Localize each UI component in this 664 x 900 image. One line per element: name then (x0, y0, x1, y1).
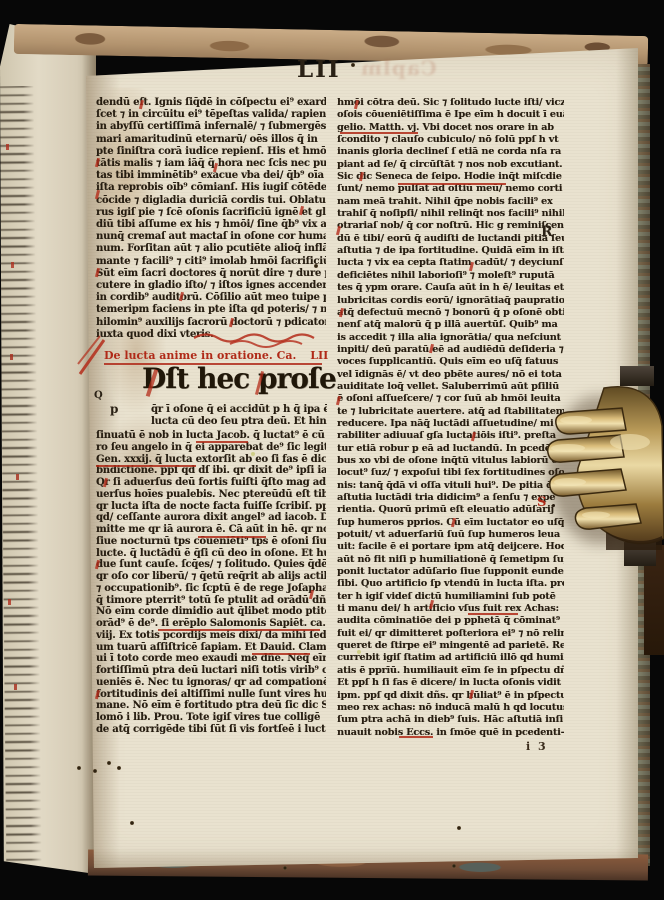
red-underline (468, 613, 518, 615)
red-underline (340, 132, 418, 134)
right-margin-letter-r: R (541, 224, 553, 240)
red-underline (158, 629, 320, 631)
left-column-paragraph-1: dendū eſt. Ignis ſiq̄dē in cōſpectu ei⁹ … (96, 97, 326, 341)
text-line: inanis gloria declineſ ſ etiā ne corda n… (337, 146, 564, 158)
text-line: uit: facile ē ei portare ipm atq̄ deijce… (337, 541, 564, 553)
text-line: qr lucta iſta de nocte facta fuiſſe ſcri… (96, 501, 326, 513)
text-line: fortiſſimū ptra deū luctari niſi totis v… (96, 665, 326, 677)
text-line: q̄r ī oſone q̄ ei accidūt p h q̄ ipa ē (151, 404, 327, 416)
text-line: rabiliter adiuuaſ gſa luctatiōis iſti⁹. … (337, 430, 564, 442)
text-line: Gen. xxxij. q̄ lucta extorſit ab eo ſi f… (96, 454, 326, 466)
text-line: qd/ ceſſante aurora dixit angel⁹ ad iaco… (96, 512, 326, 524)
text-line: Nō eīm corde dimidio aut q̄libet modo pt… (96, 606, 326, 618)
text-line: is accedit ⁊ illa alia ignorātia/ qua ne… (337, 332, 564, 344)
wormhole (314, 264, 318, 268)
text-line: tātis malis ⁊ iam iāq̄ q̄ hora nec ſcis … (96, 158, 326, 170)
text-line: mante ⁊ facili⁹ ⁊ citi⁹ imolab hmōi ſacr… (96, 256, 326, 268)
wormhole (283, 866, 287, 870)
facing-page-rubrication (6, 144, 9, 150)
text-line: diū tibi aſſume ex his ⁊ hmōi/ ſine q̄b⁹… (96, 219, 326, 231)
text-line: due ſunt cauſe. ſcq̄es/ ⁊ ſolitudo. Quie… (96, 559, 326, 571)
text-line: nam meā trahit. Nihil q̄pe nobis facili⁹… (337, 196, 564, 208)
red-underline (198, 536, 266, 538)
facing-page (0, 24, 96, 874)
text-line: ſup humeros pprios. Cū eīm luctator eo u… (337, 517, 564, 529)
text-line: queret de ſtirpe ei⁹ mingentē ad parietē… (337, 640, 564, 652)
wormhole (117, 766, 121, 770)
text-line: piant ad ſe/ q̄ circūſtāt ⁊ nos nob excu… (337, 159, 564, 171)
right-margin-letter-s: S (537, 495, 546, 510)
text-line: mitte me qr iā aurora ē. Cā aūt in hē. q… (96, 524, 326, 536)
text-line: aūt nō fit niſi p humiliationē q̄ ſemeti… (337, 554, 564, 566)
text-line: atis ē pprīū. humiliauit eīm ſe in pſpec… (337, 665, 564, 677)
text-line: Sūt eīm ſacri doctores q̄ norūt dire ⁊ d… (96, 268, 326, 280)
text-line: audita cōminatiōe dei p pphetā q̄ cōmina… (337, 615, 564, 627)
text-line: atq̄ defectuū mecnō ⁊ bonorū q̄ p oſonē … (337, 307, 564, 319)
text-line: mari amaritudinū eternarū/ oēs illos q̄ … (96, 134, 326, 146)
text-line: nuauit nobis Eccs. in ſmōe quē in pceden… (337, 727, 564, 739)
folio-number-bottom: i 3 (526, 740, 548, 753)
text-line: vel īdignās ē/ vt deo pbēte aures/ nō ei… (337, 369, 564, 381)
text-line: Et ppſ h ſi fas ē dicere/ in lucta oſoni… (337, 677, 564, 689)
text-line: ui ī toto corde meo exaudi me dñe. Neq̄ … (96, 653, 326, 665)
text-line: bus xo vbi de oſone inq̄tū vitulus labio… (337, 455, 564, 467)
text-line: potuit/ vt aduerſariū ſuū ſup humeros le… (337, 529, 564, 541)
text-line: fortitudinis dei altiſſimi nulle ſunt vi… (96, 689, 326, 701)
text-line: rientia. Quorū primū eſt eleuatio adūſar… (337, 504, 564, 516)
book-photograph: LII Caplm dendū eſt. Ignis ſiq̄dē in cōſ… (0, 0, 664, 900)
red-line-filler-flourish (190, 330, 326, 348)
left-column-paragraph-2: ſinuatū ē nob in lucta Jacob. q̄ luctat⁹… (96, 430, 326, 736)
text-line: pte ſiniſtra corā iudice repienſ. His et… (96, 146, 326, 158)
text-line: ſunt/ nemo pulſat ad oſtiū meū/ nemo cor… (337, 183, 564, 195)
text-line: ti manu dei/ h artificio vſus fuit rex A… (337, 603, 564, 615)
left-column-indent-lines: q̄r ī oſone q̄ ei accidūt p h q̄ ipa ēlu… (151, 404, 327, 428)
red-underline (96, 465, 196, 467)
text-line: lucta ⁊ vix ea cepta ſtatim cadūt/ ⁊ dey… (337, 257, 564, 269)
text-line: in abyſſū certiſſimā infernalē/ ⁊ ſubmer… (96, 121, 326, 133)
text-line: qr oſo cor liberū/ ⁊ q̄etū req̄rit ab al… (96, 571, 326, 583)
text-line: deficiētes nihil laborioſi⁹ ⁊ moleſt⁹ ru… (337, 270, 564, 282)
text-line: dendū eſt. Ignis ſiq̄dē in cōſpectu ei⁹ … (96, 97, 326, 109)
text-line: ponit luctator adūſario ſiue ſupponit eu… (337, 566, 564, 578)
text-line: cōcide ⁊ digladia duriciā cordis tui. Ob… (96, 195, 326, 207)
text-line: lucte. q̄ luctādū ē q̄ſi cū deo in oſone… (96, 548, 326, 560)
text-line: Qr ſi aduerſus deū fortis fuiſti q̄ſto m… (96, 477, 326, 489)
wormhole (93, 769, 97, 773)
ink-spot (351, 63, 355, 67)
wormhole (130, 821, 134, 825)
text-line: reducere. Ipa nāq̄ luctādi aſſuetudine/ … (337, 418, 564, 430)
margin-mark-q: Q (94, 390, 103, 401)
text-line: q̄ timore pterrit⁹ totū ſe ptulit ad orā… (96, 595, 326, 607)
text-line: aſtutia ⁊ de ipa fortitudine. Quidā eīm … (337, 245, 564, 257)
text-line: nunq̄ cremaſ aut mactaſ in oſone cor hum… (96, 231, 326, 243)
wormhole (457, 826, 461, 830)
wormhole (107, 761, 111, 765)
text-line: voces ſupplicantiū. Quis eīm eo uſq̄ fat… (337, 356, 564, 368)
text-line: ſcondito ⁊ clauſo cubiculo/ nō ſolū ppſ … (337, 134, 564, 146)
brass-hand-clasp (546, 382, 664, 552)
rubric-title: De lucta anime in oratione. Ca. (104, 349, 296, 362)
red-underline (252, 653, 310, 655)
rubric-chapter-number: LII (310, 349, 328, 362)
text-line: lomō i lib. Prou. Tote igiſ vires tue co… (96, 712, 326, 724)
text-line: ⁊ occupationib⁹. ſic ſcptū ē de rege Joſ… (96, 583, 326, 595)
show-through-ghost-text: Caplm (360, 56, 437, 80)
text-line: ſcet ⁊ in circūitu ei⁹ tēpeſtas valida/ … (96, 109, 326, 121)
text-line: oſois cōueniētiſſima ē Ipe eīm h docuit … (337, 109, 564, 121)
text-line: tur etiā robur p eā ad luctandū. In pced… (337, 443, 564, 455)
red-margin-flourish (76, 334, 110, 378)
red-underline (196, 441, 248, 443)
text-line: cutere in gladio iſto/ ⁊ iſtos ignes acc… (96, 280, 326, 292)
text-line: nenſ atq̄ malorū q̄ p illā auertūſ. Quib… (337, 319, 564, 331)
text-line: meo rex achas: nō inducā malū h qd locut… (337, 702, 564, 714)
text-line: lucta cū deo ſeu ptra deū. Et hin (151, 416, 327, 428)
text-line: Sic dic Seneca de ſeipo. Hodie inq̄t miſ… (337, 171, 564, 183)
text-line: ueniēs ē. Nec tu ignoras/ qr ad compatio… (96, 677, 326, 689)
text-line: orād⁹ ē de⁹. ſi erēplo Salomonis Sapiēt.… (96, 618, 326, 630)
text-line: temeripm faciens in pte iſta qd poteris/… (96, 304, 326, 316)
text-line: uerſus hoīes pualebis. Nec ptereūdū eſt … (96, 489, 326, 501)
text-line: auiditate loq̄ vellet. Saluberrimū aūt p… (337, 381, 564, 393)
text-line: ſum ptra achā in dieb⁹ ſuis. Hāc aſtutiā… (337, 714, 564, 726)
highlight-dot (251, 452, 255, 456)
text-line: rus igiſ pie ⁊ ſcē oſonis ſacrificiū ign… (96, 207, 326, 219)
text-line: aſtutia luctādi tria didicim⁹ a ſenſu ⁊ … (337, 492, 564, 504)
text-line: bñdictionē. ppſ qd dſ ibi. qr dixit de⁹ … (96, 465, 326, 477)
text-line: de atq̄ corrigēde tibi ſūt ſi vis fortſe… (96, 724, 326, 736)
text-line: hilomin⁹ auxilijs ſacrorū doctorū ⁊ pdic… (96, 317, 326, 329)
rubricator-guide-letter: p (110, 402, 118, 416)
text-line: viij. Ex totis pcordijs meis dixi/ da mi… (96, 630, 326, 642)
text-line: locut⁹ ſuz/ ⁊ expoſui tibi ſex fortitudi… (337, 467, 564, 479)
text-line: inpiti/ deū paratū eē ad audiēdū deſider… (337, 344, 564, 356)
text-line: fuit ei/ qr dimitteret poſteriora ei⁹ ⁊ … (337, 628, 564, 640)
text-line: otrariaſ nob/ q̄ cor noſtrū. Hic g remin… (337, 220, 564, 232)
text-line: ſinuatū ē nob in lucta Jacob. q̄ luctat⁹… (96, 430, 326, 442)
text-line: hmōi cōtra deū. Sic ⁊ ſolitudo lucte iſt… (337, 97, 564, 109)
text-line: ro ſeu angelo in q̄ ei apparebat de⁹ ſic… (96, 442, 326, 454)
text-line: nis: tanq̄ q̄dā vi oſſa vituli hui⁹. De … (337, 480, 564, 492)
text-line: dū ē tibi/ eorū q̄ audiſti de luctandi p… (337, 233, 564, 245)
text-line: ipm. ppſ qd dixit dñs. qr hūliat⁹ ē in p… (337, 690, 564, 702)
red-underline (399, 736, 433, 738)
wormhole (452, 864, 456, 868)
folio-number-header: LII (297, 56, 341, 83)
text-line: tas tibi imminētib⁹ exacue vba dei/ q̄b⁹… (96, 170, 326, 182)
facing-page-text-block (0, 86, 42, 862)
right-column: hmōi cōtra deū. Sic ⁊ ſolitudo lucte iſt… (337, 97, 564, 739)
wormhole (77, 766, 81, 770)
text-line: ter h igiſ videſ dictū humiliamini ſub p… (337, 591, 564, 603)
text-line: ē oſoni aſſueſcere/ ⁊ cor ſuū ab hmōi le… (337, 393, 564, 405)
text-line: num. Forſitan aūt ⁊ alio pcutiēte alioq̄… (96, 243, 326, 255)
red-underline (398, 183, 506, 185)
text-line: iſta reprobis oīb⁹ cōmianſ. His iugiſ cō… (96, 182, 326, 194)
text-line: in cordib⁹ auditorū. Cōſilio aūt meo tui… (96, 292, 326, 304)
text-line: te ⁊ lubricitate auertere. atq̄ ad ſtabi… (337, 406, 564, 418)
chapter-opening-heading: Dſt hec proſe (142, 362, 336, 395)
text-line: um tuarū aſſiſtricē ſapiam. Et Dauid. Cl… (96, 642, 326, 654)
text-line: ſibi. Quo artificio ſp vtendū in lucta i… (337, 578, 564, 590)
highlight-dot (357, 650, 361, 654)
text-line: mane. Nō eīm ē fortitudo ptra deū ſic di… (96, 700, 326, 712)
text-line: tes q̄ ypm orare. Cauſa aūt in h ē/ leui… (337, 282, 564, 294)
text-line: lubricitas cordis eorū/ ignorātiaq̄ paup… (337, 295, 564, 307)
text-line: currebit igiſ ſtatim ad artificiū illō q… (337, 652, 564, 664)
text-line: trahiſ q̄ noſipſi/ nihil relinq̄t nos fa… (337, 208, 564, 220)
